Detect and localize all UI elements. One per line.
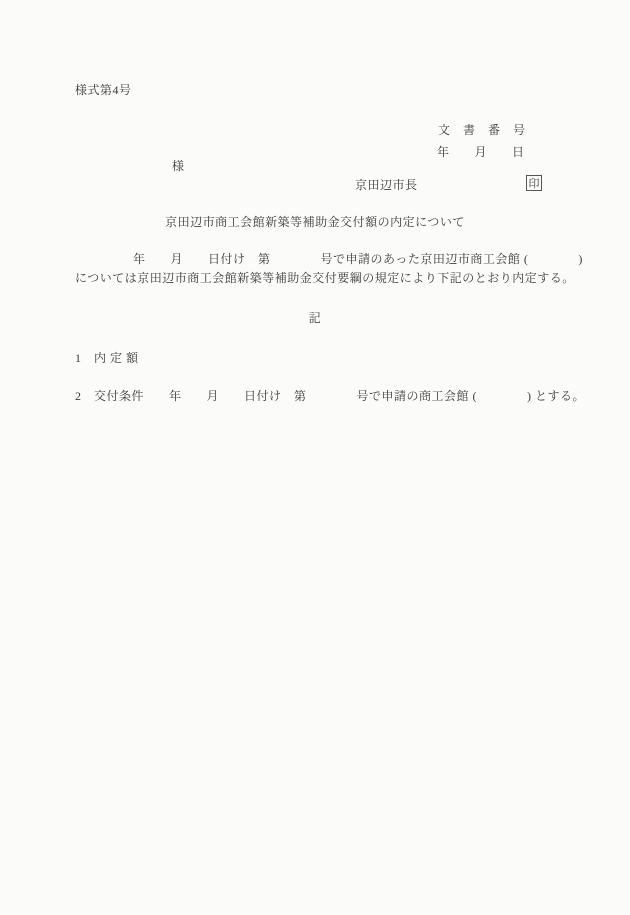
seal-mark: 印 [526,175,542,191]
sender-title: 京田辺市長 [355,179,418,191]
form-number: 様式第4号 [75,84,132,96]
list-item-2: 2 交付条件 年 月 日付け 第 号で申請の商工会館 ( ) とする。 [75,390,585,402]
item-1-number: 1 [75,351,82,365]
body-paragraph-line-2: については京田辺市商工会館新築等補助金交付要綱の規定により下記のとおり内定する。 [75,272,575,284]
addressee-honorific: 様 [172,160,185,172]
body-paragraph-line-1: 年 月 日付け 第 号で申請のあった京田辺市商工会館 ( ) [133,253,583,265]
document-page: 様式第4号 文 書 番 号 年 月 日 様 京田辺市長 印 京田辺市商工会館新築… [0,0,630,915]
section-marker-ki: 記 [0,312,630,324]
document-title: 京田辺市商工会館新築等補助金交付額の内定について [0,216,630,228]
document-number-placeholder: 文 書 番 号 [438,124,526,136]
item-2-number: 2 [75,389,82,403]
list-item-1: 1 内 定 額 [75,352,139,364]
date-placeholder: 年 月 日 [437,146,525,158]
item-1-text: 内 定 額 [94,351,139,365]
item-2-text: 交付条件 年 月 日付け 第 号で申請の商工会館 ( ) とする。 [94,389,585,403]
